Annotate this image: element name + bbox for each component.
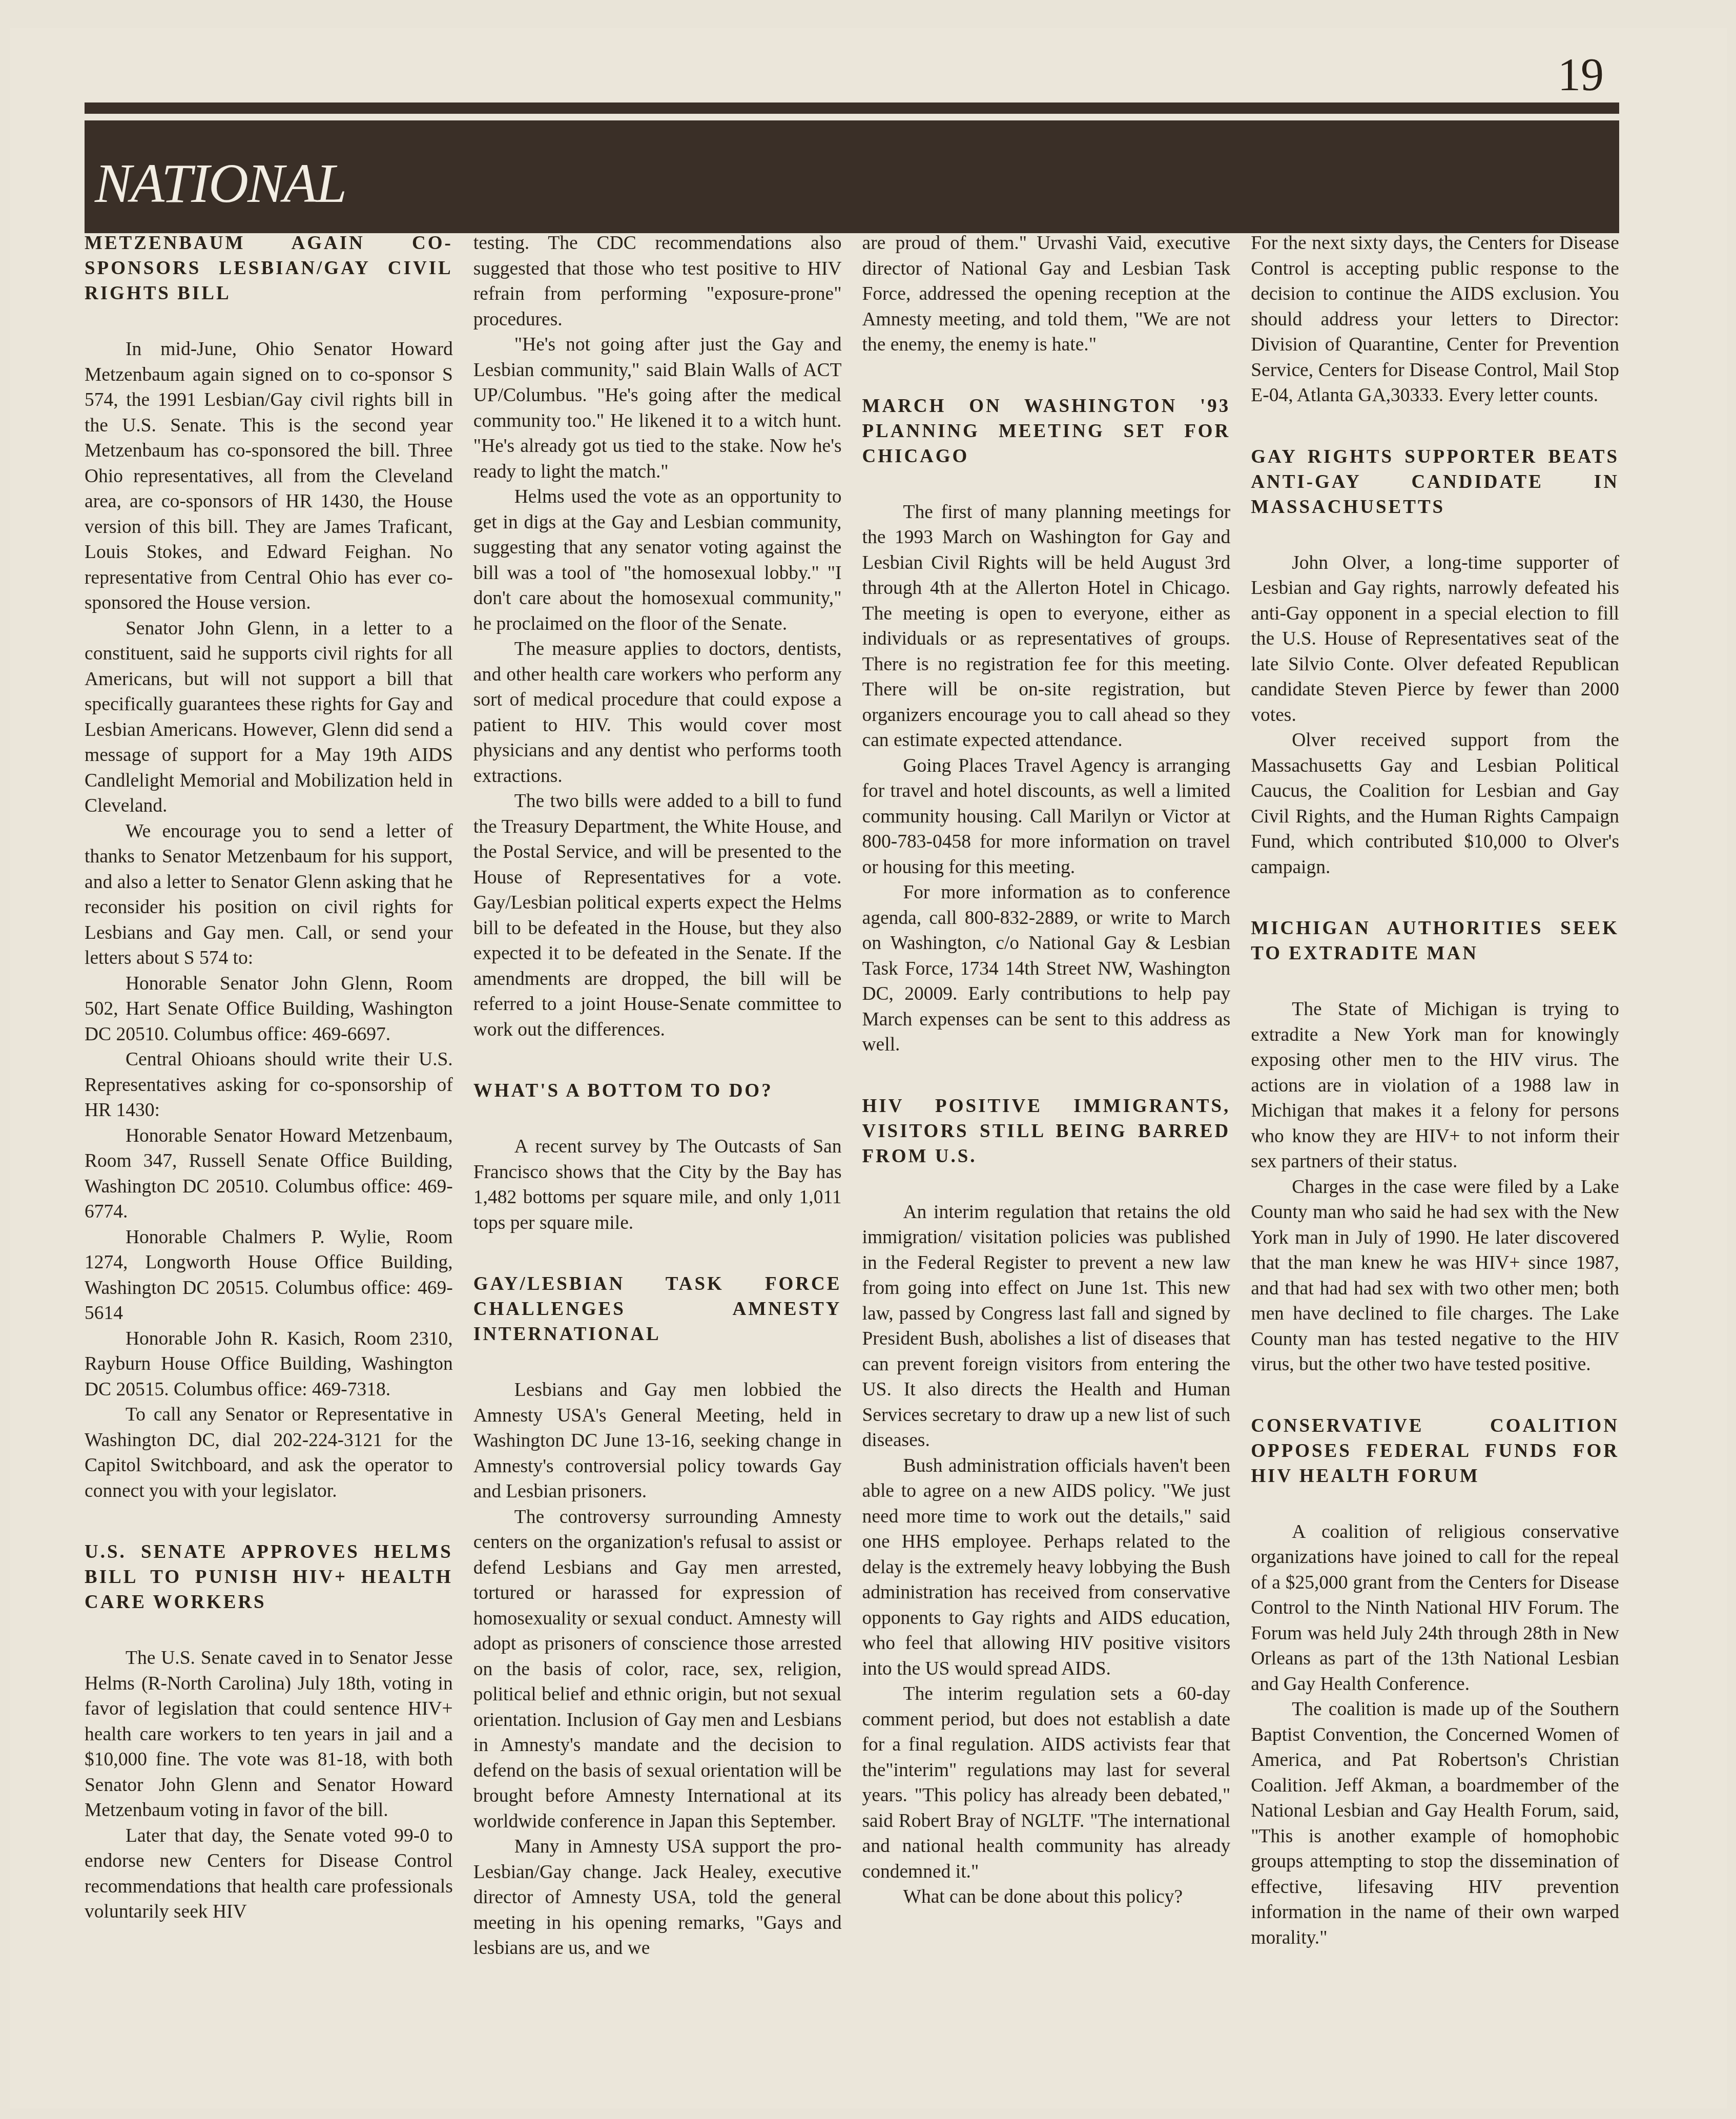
article-paragraph: are proud of them." Urvashi Vaid, execut…: [862, 231, 1231, 358]
article-paragraph: A recent survey by The Outcasts of San F…: [473, 1134, 842, 1236]
article-paragraph: Honorable Senator Howard Metzenbaum, Roo…: [85, 1123, 453, 1225]
article-headline: U.S. SENATE APPROVES HELMS BILL TO PUNIS…: [85, 1539, 453, 1615]
column-4: For the next sixty days, the Centers for…: [1251, 231, 1619, 1961]
article-paragraph: The two bills were added to a bill to fu…: [473, 789, 842, 1042]
article-paragraph: A coalition of religious conservative or…: [1251, 1519, 1619, 1697]
article-paragraph: The interim regulation sets a 60-day com…: [862, 1681, 1231, 1884]
newspaper-page: 19 NATIONAL METZENBAUM AGAIN CO-SPONSORS…: [10, 28, 1727, 2109]
spacer: [862, 358, 1231, 394]
column-2: testing. The CDC recommendations also su…: [473, 231, 842, 1961]
article-paragraph: "He's not going after just the Gay and L…: [473, 332, 842, 484]
article-paragraph: Charges in the case were filed by a Lake…: [1251, 1175, 1619, 1377]
article-headline: GAY/LESBIAN TASK FORCE CHALLENGES AMNEST…: [473, 1271, 842, 1347]
spacer: [862, 1058, 1231, 1094]
article-paragraph: What can be done about this policy?: [862, 1884, 1231, 1910]
article-headline: GAY RIGHTS SUPPORTER BEATS ANTI-GAY CAND…: [1251, 444, 1619, 520]
article-paragraph: Honorable Senator John Glenn, Room 502, …: [85, 971, 453, 1047]
spacer: [473, 1042, 842, 1078]
article-paragraph: To call any Senator or Representative in…: [85, 1402, 453, 1504]
section-banner: NATIONAL: [85, 120, 1619, 233]
article-paragraph: For the next sixty days, the Centers for…: [1251, 231, 1619, 408]
column-1: METZENBAUM AGAIN CO-SPONSORS LESBIAN/GAY…: [85, 231, 453, 1961]
header-rule: [85, 102, 1619, 114]
article-headline: MICHIGAN AUTHORITIES SEEK TO EXTRADITE M…: [1251, 916, 1619, 966]
article-headline: HIV POSITIVE IMMIGRANTS, VISITORS STILL …: [862, 1094, 1231, 1169]
article-headline: CONSERVATIVE COALITION OPPOSES FEDERAL F…: [1251, 1413, 1619, 1489]
article-paragraph: The controversy surrounding Amnesty cent…: [473, 1505, 842, 1835]
spacer: [473, 1236, 842, 1271]
article-headline: MARCH ON WASHINGTON '93 PLANNING MEETING…: [862, 394, 1231, 469]
article-headline: WHAT'S A BOTTOM TO DO?: [473, 1078, 842, 1103]
article-paragraph: Senator John Glenn, in a letter to a con…: [85, 616, 453, 819]
article-paragraph: Lesbians and Gay men lobbied the Amnesty…: [473, 1377, 842, 1505]
article-paragraph: Helms used the vote as an opportunity to…: [473, 484, 842, 636]
article-paragraph: Later that day, the Senate voted 99-0 to…: [85, 1823, 453, 1925]
article-paragraph: In mid-June, Ohio Senator Howard Metzenb…: [85, 337, 453, 616]
article-paragraph: The first of many planning meetings for …: [862, 500, 1231, 753]
article-paragraph: The coalition is made up of the Southern…: [1251, 1697, 1619, 1950]
section-title: NATIONAL: [95, 152, 346, 216]
spacer: [1251, 1377, 1619, 1413]
article-paragraph: An interim regulation that retains the o…: [862, 1200, 1231, 1453]
article-paragraph: Bush administration officials haven't be…: [862, 1453, 1231, 1682]
spacer: [85, 1504, 453, 1539]
article-headline: METZENBAUM AGAIN CO-SPONSORS LESBIAN/GAY…: [85, 231, 453, 306]
article-paragraph: We encourage you to send a letter of tha…: [85, 819, 453, 971]
article-paragraph: Olver received support from the Massachu…: [1251, 728, 1619, 880]
article-paragraph: Going Places Travel Agency is arranging …: [862, 753, 1231, 880]
spacer: [1251, 880, 1619, 916]
article-paragraph: John Olver, a long-time supporter of Les…: [1251, 550, 1619, 728]
page-number: 19: [1558, 49, 1604, 101]
article-columns: METZENBAUM AGAIN CO-SPONSORS LESBIAN/GAY…: [85, 231, 1619, 1961]
column-3: are proud of them." Urvashi Vaid, execut…: [862, 231, 1231, 1961]
article-paragraph: Honorable John R. Kasich, Room 2310, Ray…: [85, 1326, 453, 1403]
article-paragraph: testing. The CDC recommendations also su…: [473, 231, 842, 332]
article-paragraph: For more information as to conference ag…: [862, 880, 1231, 1058]
article-paragraph: The State of Michigan is trying to extra…: [1251, 997, 1619, 1175]
article-paragraph: Honorable Chalmers P. Wylie, Room 1274, …: [85, 1225, 453, 1326]
article-paragraph: The U.S. Senate caved in to Senator Jess…: [85, 1645, 453, 1823]
article-paragraph: Central Ohioans should write their U.S. …: [85, 1047, 453, 1123]
article-paragraph: Many in Amnesty USA support the pro-Lesb…: [473, 1834, 842, 1961]
article-paragraph: The measure applies to doctors, dentists…: [473, 636, 842, 789]
spacer: [1251, 408, 1619, 444]
